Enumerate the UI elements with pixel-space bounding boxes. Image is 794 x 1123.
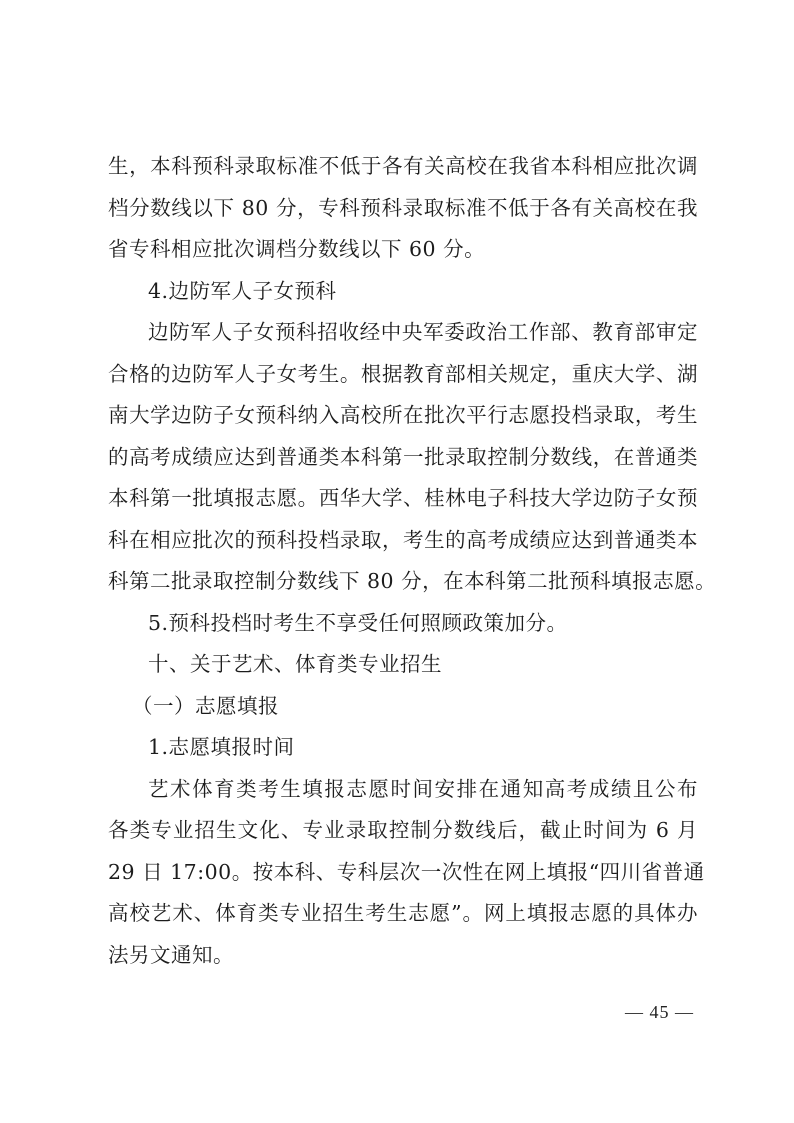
item-heading-5: 5.预科投档时考生不享受任何照顾政策加分。 <box>108 603 698 645</box>
text-line: 法另文通知。 <box>108 935 698 977</box>
section-heading: 十、关于艺术、体育类专业招生 <box>108 644 698 686</box>
text-line: 高校艺术、体育类专业招生考生志愿”。网上填报志愿的具体办 <box>108 893 698 935</box>
item-heading-1: 1.志愿填报时间 <box>108 727 698 769</box>
subsection-heading: （一）志愿填报 <box>108 686 698 728</box>
text-line: 边防军人子女预科招收经中央军委政治工作部、教育部审定 <box>108 312 698 354</box>
text-line: 的高考成绩应达到普通类本科第一批录取控制分数线，在普通类 <box>108 437 698 479</box>
text-line: 各类专业招生文化、专业录取控制分数线后，截止时间为 6 月 <box>108 810 698 852</box>
text-line: 档分数线以下 80 分，专科预科录取标准不低于各有关高校在我 <box>108 188 698 230</box>
text-line: 29 日 17:00。按本科、专科层次一次性在网上填报“四川省普通 <box>108 852 698 894</box>
paragraph-application-time: 艺术体育类考生填报志愿时间安排在通知高考成绩且公布 各类专业招生文化、专业录取控… <box>108 769 698 977</box>
text-line: 南大学边防子女预科纳入高校所在批次平行志愿投档录取，考生 <box>108 395 698 437</box>
item-heading-4: 4.边防军人子女预科 <box>108 271 698 313</box>
document-page: 生，本科预科录取标准不低于各有关高校在我省本科相应批次调 档分数线以下 80 分… <box>108 146 698 976</box>
text-line: 艺术体育类考生填报志愿时间安排在通知高考成绩且公布 <box>108 769 698 811</box>
paragraph-continuation: 生，本科预科录取标准不低于各有关高校在我省本科相应批次调 档分数线以下 80 分… <box>108 146 698 271</box>
text-line: 合格的边防军人子女考生。根据教育部相关规定，重庆大学、湖 <box>108 354 698 396</box>
paragraph-border-military-children: 边防军人子女预科招收经中央军委政治工作部、教育部审定 合格的边防军人子女考生。根… <box>108 312 698 603</box>
page-number: — 45 — <box>625 1002 694 1023</box>
text-line: 省专科相应批次调档分数线以下 60 分。 <box>108 229 698 271</box>
text-line: 本科第一批填报志愿。西华大学、桂林电子科技大学边防子女预 <box>108 478 698 520</box>
text-line: 科在相应批次的预科投档录取，考生的高考成绩应达到普通类本 <box>108 520 698 562</box>
text-line: 科第二批录取控制分数线下 80 分，在本科第二批预科填报志愿。 <box>108 561 698 603</box>
text-line: 生，本科预科录取标准不低于各有关高校在我省本科相应批次调 <box>108 146 698 188</box>
